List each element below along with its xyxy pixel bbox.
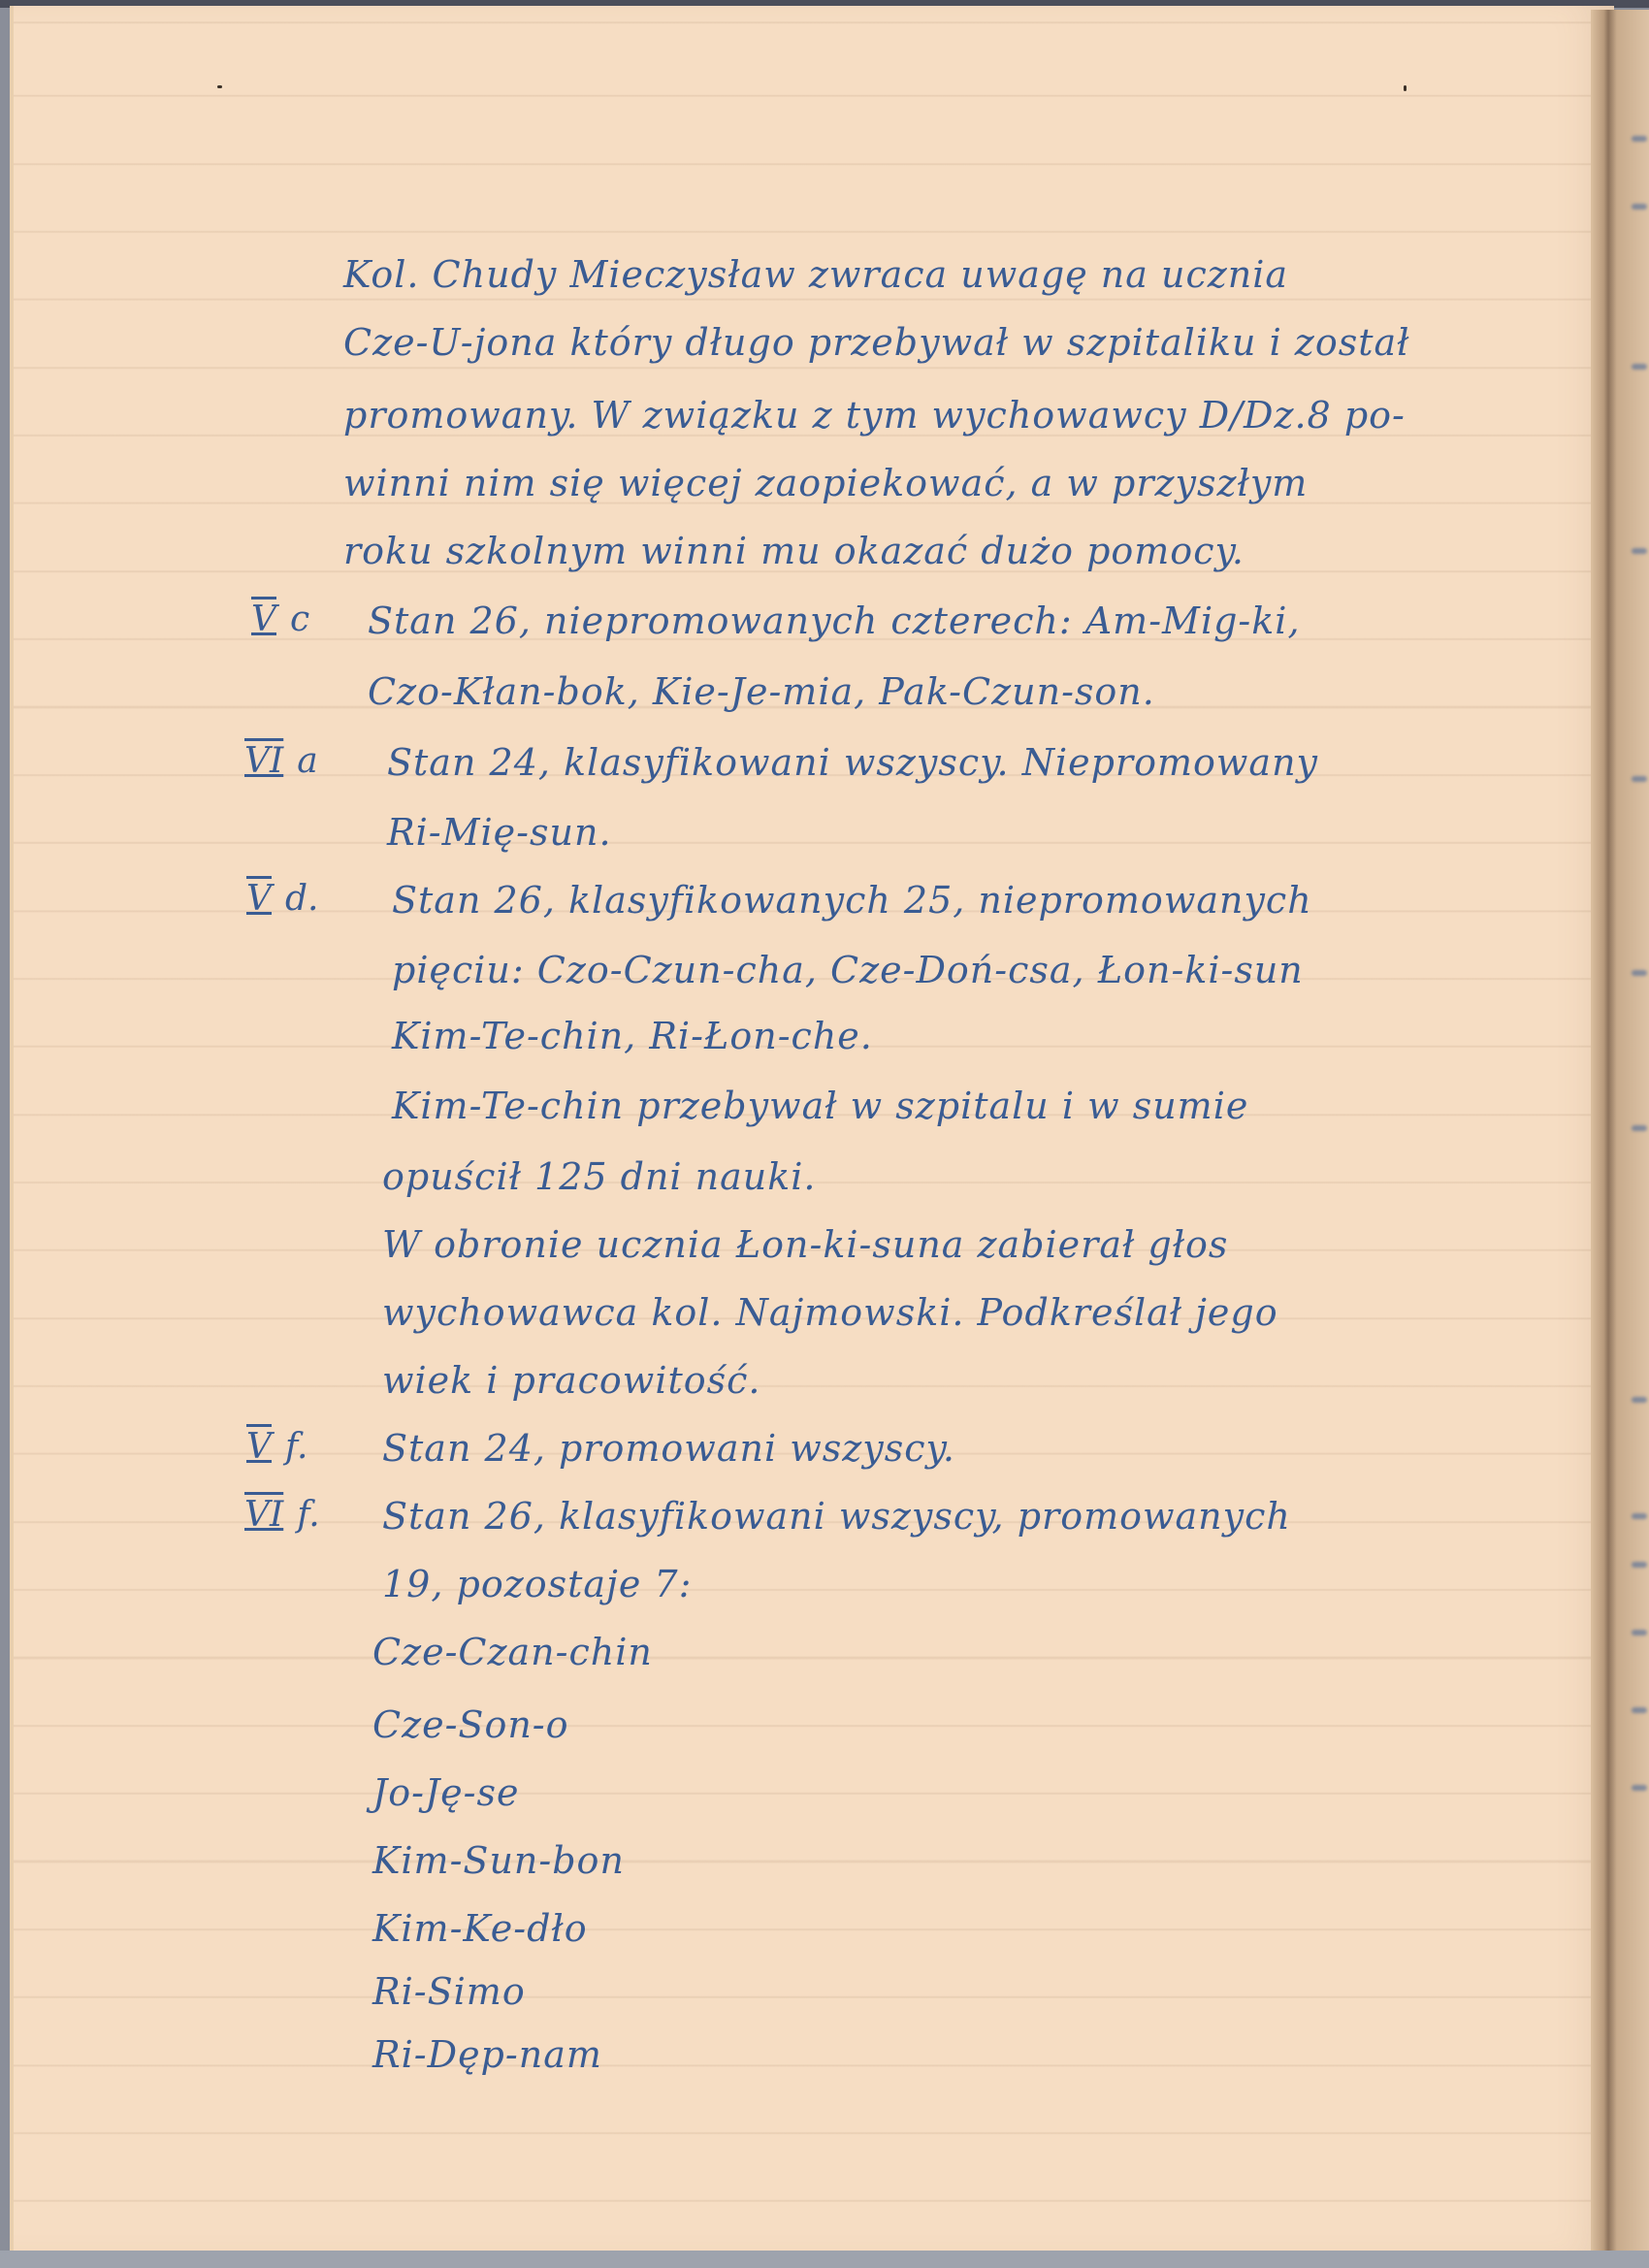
intro-line-3: promowany. W związku z tym wychowawcy D/… <box>343 394 1406 437</box>
class-letter: d. <box>285 879 319 919</box>
class-numeral: V <box>251 599 276 639</box>
class-numeral: VI <box>244 1495 283 1535</box>
retained-student-name: Cze-Czan-chin <box>372 1631 653 1673</box>
class-numeral: VI <box>244 741 283 781</box>
entry-vi-f-line-2: 19, pozostaje 7: <box>382 1563 692 1605</box>
entry-v-d-line-4: Kim-Te-chin przebywał w szpitalu i w sum… <box>392 1085 1248 1127</box>
paper-speck <box>217 85 222 88</box>
intro-line-4: winni nim się więcej zaopiekować, a w pr… <box>343 462 1308 504</box>
intro-line-5: roku szkolnym winni mu okazać dużo pomoc… <box>343 530 1245 572</box>
entry-vi-a-line-2: Ri-Mię-sun. <box>387 811 612 854</box>
entry-v-d-line-7: wychowawca kol. Najmowski. Podkreślał je… <box>382 1291 1278 1334</box>
entry-v-f-line-1: Stan 24, promowani wszyscy. <box>382 1427 955 1470</box>
entry-v-c-line-2: Czo-Kłan-bok, Kie-Je-mia, Pak-Czun-son. <box>368 670 1155 713</box>
retained-student-name: Cze-Son-o <box>372 1703 569 1746</box>
class-label-vi-f: VIf. <box>244 1495 320 1535</box>
class-label-v-f: Vf. <box>246 1427 307 1467</box>
entry-v-d-line-5: opuścił 125 dni nauki. <box>382 1155 817 1198</box>
intro-line-1: Kol. Chudy Mieczysław zwraca uwagę na uc… <box>343 253 1288 296</box>
class-letter: a <box>297 741 317 781</box>
retained-student-name: Ri-Dęp-nam <box>372 2033 602 2076</box>
notebook-page: Kol. Chudy Mieczysław zwraca uwagę na uc… <box>10 6 1614 2252</box>
entry-v-d-line-3: Kim-Te-chin, Ri-Łon-che. <box>392 1015 873 1057</box>
class-letter: f. <box>285 1427 307 1467</box>
entry-v-c-line-1: Stan 26, niepromowanych czterech: Am-Mig… <box>368 599 1301 642</box>
class-letter: f. <box>297 1495 319 1535</box>
class-label-v-d: Vd. <box>246 879 319 919</box>
entry-vi-a-line-1: Stan 24, klasyfikowani wszyscy. Niepromo… <box>387 741 1318 784</box>
class-letter: c <box>290 599 309 639</box>
page-content: Kol. Chudy Mieczysław zwraca uwagę na uc… <box>14 6 1614 2252</box>
entry-vi-f-line-1: Stan 26, klasyfikowani wszyscy, promowan… <box>382 1495 1291 1538</box>
facing-page-ink-edge <box>1630 0 1649 2260</box>
entry-v-d-line-8: wiek i pracowitość. <box>382 1359 761 1402</box>
intro-line-2: Cze-U-jona który długo przebywał w szpit… <box>343 321 1409 364</box>
retained-student-name: Kim-Sun-bon <box>372 1839 625 1882</box>
entry-v-d-line-1: Stan 26, klasyfikowanych 25, niepromowan… <box>392 879 1312 922</box>
entry-v-d-line-6: W obronie ucznia Łon-ki-suna zabierał gł… <box>382 1223 1228 1266</box>
scan-bottom-edge <box>0 2251 1649 2268</box>
entry-v-d-line-2: pięciu: Czo-Czun-cha, Cze-Doń-csa, Łon-k… <box>392 949 1304 991</box>
class-label-vi-a: VIa <box>244 741 318 781</box>
retained-student-name: Kim-Ke-dło <box>372 1907 588 1950</box>
class-numeral: V <box>246 879 272 919</box>
class-numeral: V <box>246 1427 272 1467</box>
paper-speck <box>1404 85 1406 91</box>
retained-student-name: Ri-Simo <box>372 1970 526 2013</box>
retained-student-name: Jo-Ję-se <box>372 1771 520 1814</box>
class-label-v-c: Vc <box>251 599 309 639</box>
